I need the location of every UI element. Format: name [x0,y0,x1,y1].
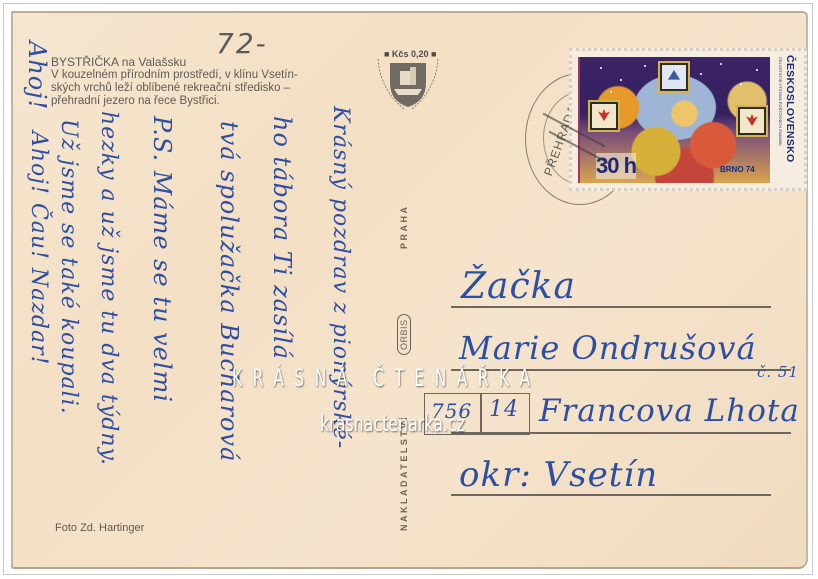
caption-title: BYSTŘIČKA na Valašsku [51,56,298,69]
stamp-emblem-left [590,102,618,130]
message-line: Krásný pozdrav z pionýrské- [328,106,353,449]
stamp-country: ČESKOSLOVENSKO [784,55,796,162]
stamp-value: 30 h [596,153,636,179]
stamp-event: BRNO 74 [720,165,755,174]
tourism-crest-logo: ■ Kčs 0,20 ■ [376,49,440,111]
watermark-url: krasnactenarka.cz [320,412,465,437]
address-recipient: Marie Ondrušová [459,329,757,367]
address-name: Žačka [461,266,576,307]
message-line: ho tábora Ti zasílá [268,116,296,360]
message-line: Ahoj! Čau! Nazdar! [26,131,51,365]
orbis-logo: ORBIS [397,314,411,355]
publisher-city: PRAHA [399,204,409,249]
photo-credit: Foto Zd. Hartinger [55,522,144,535]
postcard: 72- BYSTŘIČKA na Valašsku V kouzelném př… [11,11,808,569]
stamp-artwork: 30 h BRNO 74 [578,57,770,183]
crest-price: ■ Kčs 0,20 ■ [384,49,436,59]
message-line: hezky a už jsme tu dva týdny. [96,111,121,466]
message-line: tvá spolužačka Bucharová [215,121,243,462]
stamp-subtitle: CELOSTÁTNÍ VÝSTAVA POŠTOVNÍCH ZNÁMEK [778,57,783,146]
address-house-number: č. 51 [757,363,799,381]
address-town: Francova Lhota [539,393,800,429]
caption-line: přehradní jezero na řece Bystřici. [51,95,298,108]
watermark-title: KRÁSNÁ ČTENÁŘKA [232,364,540,392]
stamp-emblem-center [660,63,688,91]
zip-part-b: 14 [489,397,519,422]
caption-line: V kouzelném přírodním prostředí, v klínu… [51,69,298,82]
message-line: Už jsme se také koupali. [56,119,81,415]
postage-stamp: 30 h BRNO 74 CELOSTÁTNÍ VÝSTAVA POŠTOVNÍ… [569,48,807,191]
message-line: Ahoj! [23,41,51,110]
caption-line: ských vrchů leží oblíbené rekreační stře… [51,82,298,95]
message-line: P.S. Máme se tu velmi [148,116,176,403]
stamp-emblem-right [738,107,766,135]
address-district: okr: Vsetín [459,455,658,495]
caption: BYSTŘIČKA na Valašsku V kouzelném přírod… [51,56,298,108]
